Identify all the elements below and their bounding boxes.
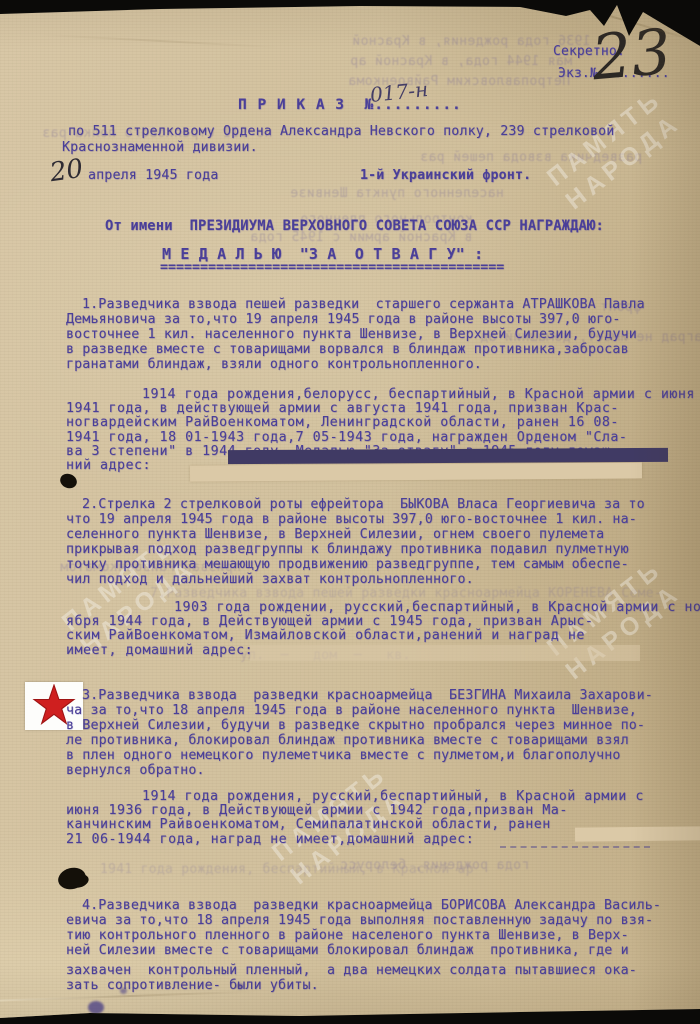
typewritten-line: чил подход и дальнейший захват контрольн… <box>66 572 645 587</box>
typewritten-line: в плен одного немецкого пулеметчика вмес… <box>66 748 653 763</box>
typewritten-line: вернулся обратно. <box>66 763 653 778</box>
entry-4-citation-continued: захвачен контрольный пленный, а два неме… <box>66 963 637 993</box>
typewritten-line: точку противника мешающую продвижению ра… <box>66 557 645 572</box>
typewritten-line: ле противника, блокировал блиндаж против… <box>66 733 653 748</box>
entry-1-citation: 1.Разведчика взвода пешей разведки старш… <box>66 297 645 372</box>
typewritten-line: в разведке вместе с товарищами ворвался … <box>66 342 645 357</box>
typewritten-line: что 19 апреля 1945 года в районе высоты … <box>66 512 645 527</box>
date-line: апреля 1945 года <box>88 168 219 183</box>
entry-3-bio: 1914 года рождения, русский,беспартийный… <box>66 790 644 847</box>
redaction-area-erased <box>250 645 640 661</box>
typewritten-line: зать сопротивление- были убиты. <box>66 978 637 993</box>
entry-4-citation: 4.Разведчика взвода разведки красноармей… <box>66 898 661 958</box>
bleedthrough-text: мая 1944 года, в Красной ар <box>350 54 572 69</box>
typewritten-line: 2.Стрелка 2 стрелковой роты ефрейтора БЫ… <box>66 497 645 512</box>
punch-hole <box>58 471 79 490</box>
award-preamble: От имени ПРЕЗИДИУМА ВЕРХОВНОГО СОВЕТА СО… <box>105 219 604 234</box>
entry-2-citation: 2.Стрелка 2 стрелковой роты ефрейтора БЫ… <box>66 497 645 587</box>
front-line: 1-й Украинский фронт. <box>360 168 531 183</box>
typewritten-line: ским РайВоенкоматом, Измайловской област… <box>66 629 700 643</box>
ink-smudge <box>236 983 244 989</box>
redaction-bar-tan <box>190 462 642 481</box>
copy-number-handwritten: 23 <box>589 15 674 95</box>
entry-3-citation: 3.Разведчика взвода разведки красноармей… <box>66 688 653 778</box>
date-day-handwritten: 20 <box>48 154 85 188</box>
punch-hole <box>56 865 88 892</box>
typewritten-line: 1.Разведчика взвода пешей разведки старш… <box>66 297 645 312</box>
crease <box>40 34 280 49</box>
typewritten-line: евича за то,что 18 апреля 1945 года выпо… <box>66 913 661 928</box>
unit-line: Краснознаменной дивизии. <box>62 140 258 155</box>
bleedthrough-text: населенного пункта Шенвизе <box>290 186 504 201</box>
ink-smudge <box>120 988 127 994</box>
ink-smudge <box>88 1001 104 1014</box>
typewritten-line: селенного пункта Шенвизе, в Верхней Силе… <box>66 527 645 542</box>
unit-line: по 511 стрелковому Ордена Александра Нев… <box>68 124 614 139</box>
typewritten-line: канчинским Райвоенкоматом, Семипалатинск… <box>66 818 644 832</box>
typewritten-line: ней Силезии вместе с товарищами блокиров… <box>66 943 661 958</box>
bleedthrough-text: разведчика взвода пешей раз <box>420 150 642 165</box>
medal-underline: ========================================… <box>160 260 504 275</box>
typewritten-line: тию контрольного пленного в районе насел… <box>66 928 661 943</box>
scan-background: 1936 года рождения, в Красной мая 1944 г… <box>0 0 700 1024</box>
typewritten-line: 3.Разведчика взвода разведки красноармей… <box>66 688 653 703</box>
ghost-text: 1941 года рождения, беспартийный, в Крас… <box>100 862 474 877</box>
typewritten-line: ча за то,что 18 апреля 1945 года в район… <box>66 703 653 718</box>
typewritten-line: 1941 года, 18 01-1943 года,7 05-1943 год… <box>66 431 695 445</box>
ghost-text: 7.Разведчика взвода пешей разведки красн… <box>150 586 662 601</box>
paper: 1936 года рождения, в Красной мая 1944 г… <box>0 0 700 1024</box>
address-dotted-line <box>500 845 650 848</box>
typewritten-line: прикрывая подход разведгруппы к блиндажу… <box>66 542 645 557</box>
redaction-bar-tan <box>575 826 700 841</box>
typewritten-line: гранатами блиндаж, взяли одного контроль… <box>66 357 645 372</box>
typewritten-line: Демьяновича за то,что 19 апреля 1945 год… <box>66 312 645 327</box>
typewritten-line: восточнее 1 кил. населенного пункта Шенв… <box>66 327 645 342</box>
typewritten-line: в Верхней Силезии, будучи в разведке скр… <box>66 718 653 733</box>
typewritten-line: 4.Разведчика взвода разведки красноармей… <box>66 898 661 913</box>
typewritten-line: захвачен контрольный пленный, а два неме… <box>66 963 637 978</box>
typewritten-line: ногвардейским РайВоенкоматом, Ленинградс… <box>66 416 695 430</box>
